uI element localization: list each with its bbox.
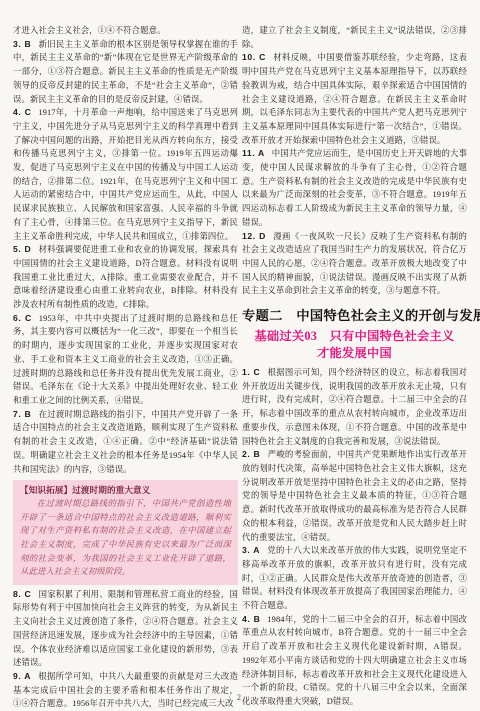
answer-label: 9. A xyxy=(13,671,31,681)
answer-item-11: 11. A中国共产党应运而生，是中国历史上开天辟地的大事变，使中国人民谋求解放的… xyxy=(242,147,467,229)
answer-label: 4. B xyxy=(242,614,260,624)
answer-text: 根据图示可知，四个经济特区的设立，标志着我国对外开放迈出关键步伐，说明我国的改革… xyxy=(242,368,467,446)
answer-item-2: 2. B严峻的考验面前，中国共产党果断地作出实行改革开放的划时代决策，高举起中国… xyxy=(242,448,467,544)
answer-key-page: 才进入社会主义社会，①④不符合题意。 3. B新旧民主主义革命的根本区别是领导权… xyxy=(0,0,480,711)
answer-label: 7. B xyxy=(13,409,31,419)
answer-item-1: 1. C根据图示可知，四个经济特区的设立，标志着我国对外开放迈出关键步伐，说明我… xyxy=(242,366,467,448)
answer-label: 11. A xyxy=(242,148,265,158)
answer-text: 1953年，中共中央提出了过渡时期的总路线和总任务，其主要内容可以概括为“一化三… xyxy=(13,314,238,405)
answer-label: 5. D xyxy=(13,244,31,254)
answer-continuation: 造，建立了社会主义制度，“新民主主义”说法错误，②③排除。 xyxy=(242,24,467,51)
answer-text: 材料强调要促进重工业和农业的协调发展，探索具有中国国情的社会主义建设道路，D符合… xyxy=(13,245,238,309)
answer-text: 党的十八大以来改革开放的伟大实践，说明党坚定不移高举改革开放的旗帜，改革开放只有… xyxy=(242,546,467,610)
left-column: 才进入社会主义社会，①④不符合题意。 3. B新旧民主主义革命的根本区别是领导权… xyxy=(13,24,238,711)
answer-text: 漫画《一夜风吹一尺长》反映了生产资料私有制的社会主义改造适应了我国当时生产力的发… xyxy=(242,232,467,296)
answer-item-6: 6. C1953年，中共中央提出了过渡时期的总路线和总任务，其主要内容可以概括为… xyxy=(13,312,238,408)
answer-text: 在过渡时期总路线的指引下，中国共产党开辟了一条适合中国特点的社会主义改造道路，顺… xyxy=(13,410,238,474)
basics-pass-subheader-line1: 基础过关03 只有中国特色社会主义 xyxy=(242,328,467,345)
answer-text: 材料反映，中国要借鉴苏联经验，少走弯路，这表明中国共产党在马克思列宁主义基本原理… xyxy=(242,53,467,144)
answer-text: 中国共产党应运而生，是中国历史上开天辟地的大事变，使中国人民谋求解放的斗争有了主… xyxy=(242,149,467,227)
answer-label: 8. C xyxy=(13,589,31,599)
answer-label: 6. C xyxy=(13,313,32,323)
answer-continuation: 才进入社会主义社会，①④不符合题意。 xyxy=(13,24,238,38)
knowledge-expansion-box: 【知识拓展】过渡时期的重大意义 在过渡时期总路线的指引下，中国共产党创造性地开辟… xyxy=(13,480,238,585)
answer-item-5: 5. D材料强调要促进重工业和农业的协调发展，探索具有中国国情的社会主义建设道路… xyxy=(13,243,238,312)
knowledge-box-body: 在过渡时期总路线的指引下，中国共产党创造性地开辟了一条适合中国特点的社会主义改造… xyxy=(20,497,231,579)
basics-pass-subheader: 基础过关03 只有中国特色社会主义 才能发展中国 xyxy=(242,328,467,361)
answer-label: 2. B xyxy=(242,449,260,459)
answer-label: 1. C xyxy=(242,367,260,377)
answer-item-10: 10. C材料反映，中国要借鉴苏联经验，少走弯路，这表明中国共产党在马克思列宁主… xyxy=(242,51,467,147)
answer-item-3: 3. B新旧民主主义革命的根本区别是领导权掌握在谁的手中，新民主主义革命的“新”… xyxy=(13,38,238,107)
answer-item-7: 7. B在过渡时期总路线的指引下，中国共产党开辟了一条适合中国特点的社会主义改造… xyxy=(13,408,238,477)
answer-text: 才进入社会主义社会，①④不符合题意。 xyxy=(13,26,166,35)
answer-label: 10. C xyxy=(242,52,266,62)
answer-item-9: 9. A根据所学可知，中共八大最重要的贡献是对三大改造基本完成后中国社会的主要矛… xyxy=(13,670,238,711)
answer-label: 3. B xyxy=(13,39,31,49)
basics-pass-subheader-line2: 才能发展中国 xyxy=(242,345,467,362)
answer-item-3b: 3. A党的十八大以来改革开放的伟大实践，说明党坚定不移高举改革开放的旗帜，改革… xyxy=(242,544,467,613)
answer-text: 1917年，十月革命一声炮响，给中国送来了马克思列宁主义，中国先进分子从马克思列… xyxy=(13,108,238,240)
topic-section-header: 专题二 中国特色社会主义的开创与发展 xyxy=(242,306,467,325)
answer-label: 4. C xyxy=(13,107,31,117)
answer-item-12: 12. D漫画《一夜风吹一尺长》反映了生产资料私有制的社会主义改造适应了我国当时… xyxy=(242,230,467,299)
right-column: 造，建立了社会主义制度，“新民主主义”说法错误，②③排除。 10. C材料反映，… xyxy=(242,24,467,709)
answer-text: 根据所学可知，中共八大最重要的贡献是对三大改造基本完成后中国社会的主要矛盾和根本… xyxy=(13,672,238,708)
knowledge-box-title: 【知识拓展】过渡时期的重大意义 xyxy=(20,483,231,497)
answer-label: 3. A xyxy=(242,545,260,555)
answer-text: 造，建立了社会主义制度，“新民主主义”说法错误，②③排除。 xyxy=(242,26,467,49)
answer-text: 新旧民主主义革命的根本区别是领导权掌握在谁的手中，新民主主义革命的“新”体现在它… xyxy=(13,40,238,104)
page-number: · 2 · xyxy=(0,693,480,702)
answer-item-8: 8. C国家积累了利用、限制和管理私营工商业的经验，国际形势有利于中国加快向社会… xyxy=(13,588,238,670)
answer-text: 国家积累了利用、限制和管理私营工商业的经验，国际形势有利于中国加快向社会主义阵营… xyxy=(13,590,238,668)
answer-text: 严峻的考验面前，中国共产党果断地作出实行改革开放的划时代决策，高举起中国特色社会… xyxy=(242,450,467,541)
answer-label: 12. D xyxy=(242,231,266,241)
answer-item-4: 4. C1917年，十月革命一声炮响，给中国送来了马克思列宁主义，中国先进分子从… xyxy=(13,106,238,243)
